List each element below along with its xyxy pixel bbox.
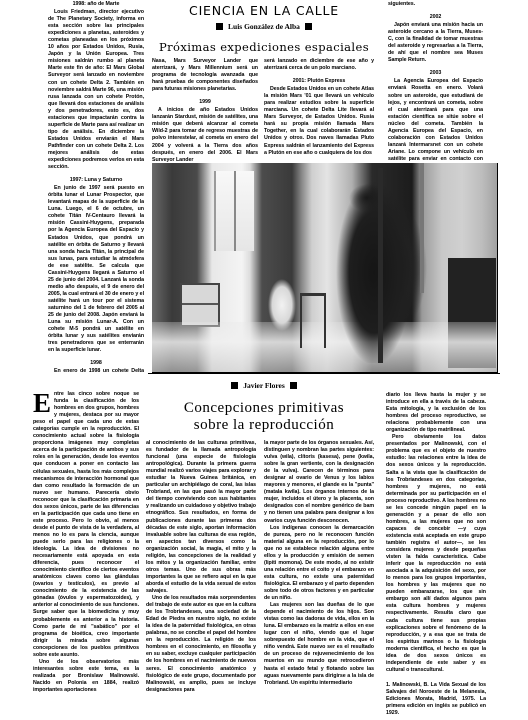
paragraph: Los indígenas conocen la demarcación de … bbox=[264, 525, 374, 603]
paragraph-text: 1. Malinowski, B. La Vida Sexual de los … bbox=[386, 682, 486, 716]
article2-column-2: al conocimiento de las culturas primitiv… bbox=[146, 440, 256, 708]
paragraph: Entre las cinco sobre noque se funda la … bbox=[33, 391, 139, 659]
paragraph-text: 1998: año de Marte bbox=[73, 1, 120, 7]
year-subheading: 2002 bbox=[388, 14, 483, 21]
photo-image-icon bbox=[152, 163, 498, 373]
paragraph-text: Japón enviará una misión hacia un astero… bbox=[388, 22, 483, 63]
square-bullet-icon bbox=[231, 382, 238, 389]
year-subheading: 2003 bbox=[388, 70, 483, 77]
paragraph-text: Uno de los resultados más sorprendentes … bbox=[146, 595, 256, 693]
paragraph-text: diario los lleva hasta la mujer y se int… bbox=[386, 392, 486, 433]
paragraph: Las mujeres son las dueñas de lo que dep… bbox=[264, 602, 374, 687]
paragraph: Desde Estados Unidos en un cohete Atlas … bbox=[264, 86, 374, 156]
paragraph-text: En enero de 1998 un cohete Delta Lite ll… bbox=[48, 368, 144, 372]
paragraph-text: 1999 bbox=[199, 99, 211, 105]
photo-bottom-rule bbox=[148, 373, 500, 374]
paragraph: Louis Friedman, director ejecutivo de Th… bbox=[48, 9, 144, 171]
article1-column-1: 1998: año de MarteLouis Friedman, direct… bbox=[48, 1, 144, 372]
paragraph-text: siguientes. bbox=[388, 1, 415, 7]
author-name: Javier Flores bbox=[243, 381, 285, 390]
paragraph: la mayor parte de los órganos sexuales. … bbox=[264, 440, 374, 525]
paragraph-text: Desde Estados Unidos en un cohete Atlas … bbox=[264, 86, 374, 155]
paragraph-text: A inicios de año Estados Unidos lanzarán… bbox=[152, 107, 258, 162]
year-subheading: 2001: Plutón Express bbox=[264, 78, 374, 85]
photo-window bbox=[214, 171, 254, 251]
paragraph-text: Pero obviamente los datos presentados po… bbox=[386, 434, 486, 673]
year-subheading: 1997: Luna y Saturno bbox=[48, 177, 144, 184]
photo-wall bbox=[420, 163, 424, 293]
photo-chair bbox=[300, 293, 326, 348]
paragraph: Nasa, Mars Surveyor Lander que aterrizar… bbox=[152, 58, 258, 93]
paragraph: siguientes. bbox=[388, 1, 483, 8]
paragraph: Uno de los observatorios más interesante… bbox=[33, 659, 139, 694]
paragraph: diario los lleva hasta la mujer y se int… bbox=[386, 392, 486, 434]
paragraph-text: 2003 bbox=[430, 70, 442, 76]
photo-figure bbox=[332, 178, 417, 363]
paragraph: Japón enviará una misión hacia un astero… bbox=[388, 22, 483, 64]
square-bullet-icon bbox=[290, 382, 297, 389]
paragraph: La Agencia Europea del Espacio enviará R… bbox=[388, 78, 483, 162]
paragraph-text: Louis Friedman, director ejecutivo de Th… bbox=[48, 9, 144, 170]
paragraph-text: Las mujeres son las dueñas de lo que dep… bbox=[264, 602, 374, 686]
paragraph-text: ntre las cinco sobre noque se funda la c… bbox=[33, 391, 139, 658]
paragraph-text: Nasa, Mars Surveyor Lander que aterrizar… bbox=[152, 58, 258, 92]
photo-dresser bbox=[180, 283, 220, 327]
author-name: Luis González de Alba bbox=[228, 22, 300, 31]
byline-article2: Javier Flores bbox=[0, 381, 528, 390]
paragraph: A inicios de año Estados Unidos lanzarán… bbox=[152, 107, 258, 163]
paragraph-text: la mayor parte de los órganos sexuales. … bbox=[264, 440, 374, 524]
year-subheading: 1998: año de Marte bbox=[48, 1, 144, 8]
paragraph-text: 2002 bbox=[430, 14, 442, 20]
year-subheading: 1999 bbox=[152, 99, 258, 106]
article2-column-4: diario los lleva hasta la mujer y se int… bbox=[386, 392, 486, 720]
paragraph-text: 1998 bbox=[90, 360, 102, 366]
paragraph-text: 1997: Luna y Saturno bbox=[70, 177, 123, 183]
paragraph: En enero de 1998 un cohete Delta Lite ll… bbox=[48, 368, 144, 372]
article1-column-4: siguientes.2002Japón enviará una misión … bbox=[388, 1, 483, 162]
paragraph: Uno de los resultados más sorprendentes … bbox=[146, 595, 256, 694]
paragraph: Pero obviamente los datos presentados po… bbox=[386, 434, 486, 674]
paragraph: será lanzado en diciembre de ese año y a… bbox=[264, 58, 374, 72]
drop-cap: E bbox=[33, 392, 51, 414]
photo-coatrack bbox=[378, 168, 383, 363]
article1-column-2: Nasa, Mars Surveyor Lander que aterrizar… bbox=[152, 58, 258, 163]
paragraph-text: al conocimiento de las culturas primitiv… bbox=[146, 440, 256, 594]
article2-column-1: Entre las cinco sobre noque se funda la … bbox=[33, 391, 139, 708]
square-bullet-icon bbox=[305, 23, 312, 30]
paragraph-text: La Agencia Europea del Espacio enviará R… bbox=[388, 78, 483, 162]
article2-column-3: la mayor parte de los órganos sexuales. … bbox=[264, 440, 374, 708]
square-bullet-icon bbox=[216, 23, 223, 30]
paragraph-text: 2001: Plutón Express bbox=[293, 78, 346, 84]
paragraph-text: será lanzado en diciembre de ese año y a… bbox=[264, 58, 374, 71]
footnote: 1. Malinowski, B. La Vida Sexual de los … bbox=[386, 682, 486, 717]
article1-column-3: será lanzado en diciembre de ese año y a… bbox=[264, 58, 374, 163]
paragraph-text: En junio de 1997 será puesto en órbita l… bbox=[48, 185, 144, 353]
paragraph-text: Uno de los observatorios más interesante… bbox=[33, 659, 139, 693]
photo-child bbox=[267, 278, 297, 333]
year-subheading: 1998 bbox=[48, 360, 144, 367]
paragraph: al conocimiento de las culturas primitiv… bbox=[146, 440, 256, 595]
paragraph: En junio de 1997 será puesto en órbita l… bbox=[48, 185, 144, 354]
paragraph-text: Los indígenas conocen la demarcación de … bbox=[264, 525, 374, 601]
